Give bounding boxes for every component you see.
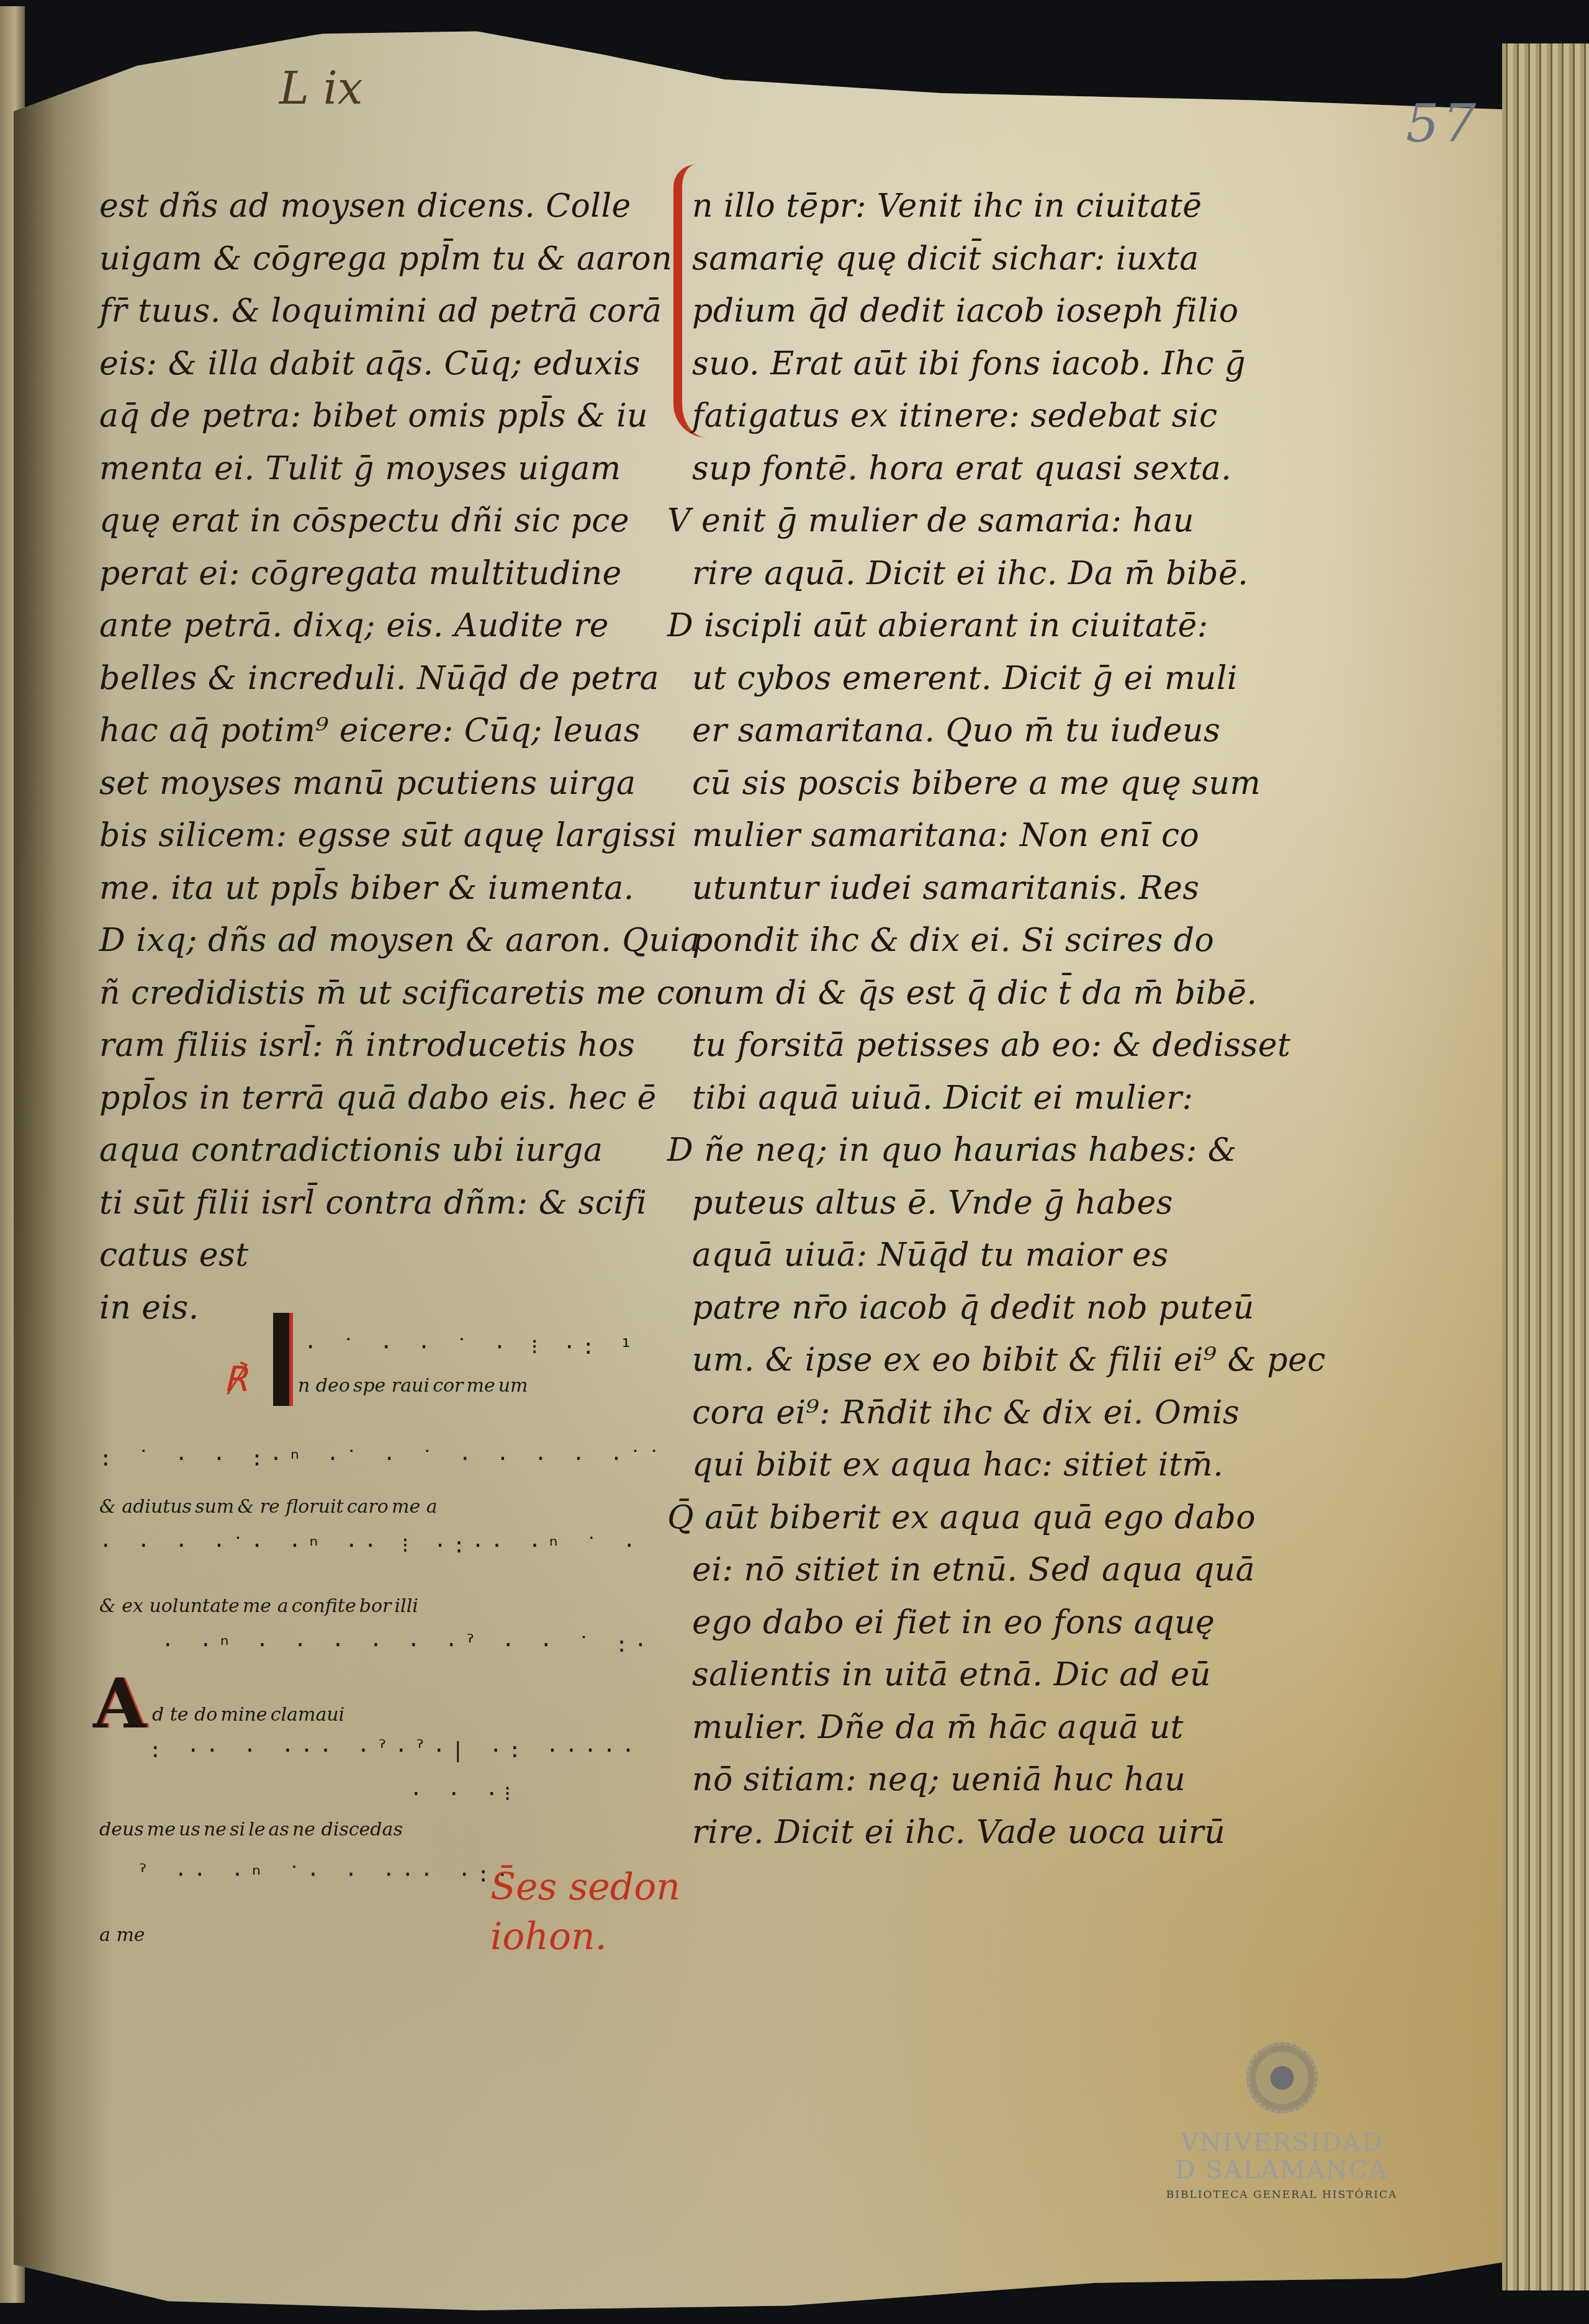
text-line: perat ei: cōgregata multitudine [99, 547, 646, 600]
chant-lyric-line: & ex uoluntate me a confite bor illi [99, 1595, 658, 1617]
chant-initial-I [273, 1313, 293, 1406]
text-line: D iscipli aūt abierant in ciuitatē: [667, 600, 1276, 652]
text-line: pondit ihc & dix ei. Si scires do [692, 914, 1276, 967]
watermark-city: D SALAMANCA [1139, 2156, 1425, 2184]
text-line: est dñs ad moysen dicens. Colle [99, 180, 646, 233]
university-seal-icon [1246, 2042, 1318, 2114]
text-line: fr̄ tuus. & loquimini ad petrā corā [99, 285, 646, 338]
text-line: ut cybos emerent. Dicit ḡ ei muli [692, 652, 1276, 705]
text-line: tibi aquā uiuā. Dicit ei mulier: [692, 1072, 1276, 1125]
text-line: n illo tēpr: Venit ihc in ciuitatē [692, 180, 1276, 233]
neume-row: : ˙ · · :·ⁿ ·˙ · ˙ · · · · ·˙˙ [99, 1446, 658, 1471]
neume-row: · ·ⁿ · · · · · ·ˀ · · ˙ :· [99, 1633, 658, 1657]
text-line: menta ei. Tulit ḡ moyses uigam [99, 443, 646, 495]
text-line: me. ita ut ppl̄s biber & iumenta. [99, 862, 646, 915]
text-line: num di & q̄s est q̄ dic t̄ da m̄ bibē. [692, 967, 1276, 1020]
text-line: uigam & cōgrega ppl̄m tu & aaron [99, 233, 646, 286]
text-line: pdium q̄d dedit iacob ioseph filio [692, 285, 1276, 338]
neume-row: · ˙ · · ˙ · ⁝ ·: ¹ [99, 1335, 658, 1359]
text-line: patre nr̄o iacob q̄ dedit nob puteū [692, 1282, 1276, 1335]
text-line: samarię quę dicit̄ sichar: iuxta [692, 233, 1276, 286]
text-line: sup fontē. hora erat quasi sexta. [692, 443, 1276, 495]
text-line: rire aquā. Dicit ei ihc. Da m̄ bibē. [692, 547, 1276, 600]
text-line: D ñe neq; in quo haurias habes: & [667, 1124, 1276, 1177]
neume-row: · · ·⁝ [99, 1781, 658, 1806]
page-fore-edge [1502, 43, 1589, 2290]
text-line: um. & ipse ex eo bibit & filii ei⁹ & pec [692, 1334, 1276, 1387]
text-line: fatigatus ex itinere: sedebat sic [692, 390, 1276, 443]
chant-initial-A: A [93, 1664, 146, 1744]
text-line: nō sitiam: neq; ueniā huc hau [692, 1754, 1276, 1806]
chant-lyric-line: & adiutus sum & re floruit caro me a [99, 1496, 658, 1518]
text-line: rire. Dicit ei ihc. Vade uoca uirū [692, 1806, 1276, 1859]
text-line: D ixq; dñs ad moysen & aaron. Quia [99, 914, 646, 967]
text-line: aquā uiuā: Nūq̄d tu maior es [692, 1229, 1276, 1282]
text-line: belles & increduli. Nūq̄d de petra [99, 652, 646, 705]
text-line: utuntur iudei samaritanis. Res [692, 862, 1276, 915]
text-line: cū sis poscis bibere a me quę sum [692, 757, 1276, 810]
left-text-column: est dñs ad moysen dicens. Colle uigam & … [99, 180, 646, 1334]
text-line: cora ei⁹: Rn̄dit ihc & dix ei. Omis [692, 1387, 1276, 1439]
text-line: eis: & illa dabit aq̄s. Cūq; eduxis [99, 338, 646, 390]
text-line: salientis in uitā etnā. Dic ad eū [692, 1649, 1276, 1701]
neume-row: · · · ·˙· ·ⁿ ·· ⁝ ·:·· ·ⁿ ˙ · [99, 1533, 658, 1558]
text-line: er samaritana. Quo m̄ tu iudeus [692, 705, 1276, 757]
library-watermark: VNIVERSIDAD D SALAMANCA BIBLIOTECA GENER… [1139, 2042, 1425, 2201]
text-line: ram filiis isrl̄: ñ introducetis hos [99, 1019, 646, 1072]
watermark-university: VNIVERSIDAD [1139, 2129, 1425, 2156]
text-line: hac aq̄ potim⁹ eicere: Cūq; leuas [99, 705, 646, 757]
neume-row: : ·· · ··· ·ˀ·ˀ·| ·: ····· [99, 1738, 658, 1763]
responsory-mark: ℟ [223, 1359, 247, 1400]
text-line: puteus altus ē. Vnde ḡ habes [692, 1177, 1276, 1230]
chant-lyric-line: n deo spe raui cor me um [298, 1375, 646, 1397]
text-line: qui bibit ex aqua hac: sitiet itm̄. [692, 1439, 1276, 1492]
signature-mark: L ix [279, 62, 362, 114]
text-line: ñ credidistis m̄ ut scificaretis me co [99, 967, 646, 1020]
text-line: mulier samaritana: Non enī co [692, 809, 1276, 862]
watermark-library: BIBLIOTECA GENERAL HISTÓRICA [1139, 2189, 1425, 2201]
text-line: ante petrā. dixq; eis. Audite re [99, 600, 646, 652]
text-line: aq̄ de petra: bibet omis ppl̄s & iu [99, 390, 646, 443]
text-line: catus est [99, 1229, 646, 1282]
text-line: set moyses manū pcutiens uirga [99, 757, 646, 810]
text-line: ei: nō sitiet in etnū. Sed aqua quā [692, 1544, 1276, 1597]
right-text-column: n illo tēpr: Venit ihc in ciuitatē samar… [692, 180, 1276, 1858]
text-line: suo. Erat aūt ibi fons iacob. Ihc ḡ [692, 338, 1276, 390]
text-line: ego dabo ei fiet in eo fons aquę [692, 1597, 1276, 1649]
text-line: aqua contradictionis ubi iurga [99, 1124, 646, 1177]
text-line: in eis. [99, 1282, 646, 1335]
chant-lyric-line: deus me us ne si le as ne discedas [99, 1819, 658, 1840]
text-line: ppl̄os in terrā quā dabo eis. hec ē [99, 1072, 646, 1125]
text-line: V enit ḡ mulier de samaria: hau [667, 495, 1276, 547]
text-line: quę erat in cōspectu dñi sic pce [99, 495, 646, 547]
text-line: bis silicem: egsse sūt aquę largissi [99, 809, 646, 862]
folio-number: 57 [1406, 93, 1480, 154]
text-line: ti sūt filii isrl̄ contra dñm: & scifi [99, 1177, 646, 1230]
chant-lyric-line: d te do mine clamaui [152, 1704, 661, 1726]
text-line: tu forsitā petisses ab eo: & dedisset [692, 1019, 1276, 1072]
rubric-heading: S̄es sedon iohon. [490, 1862, 680, 1961]
text-line: mulier. Dñe da m̄ hāc aquā ut [692, 1701, 1276, 1754]
text-line: Q̄ aūt biberit ex aqua quā ego dabo [667, 1492, 1276, 1544]
